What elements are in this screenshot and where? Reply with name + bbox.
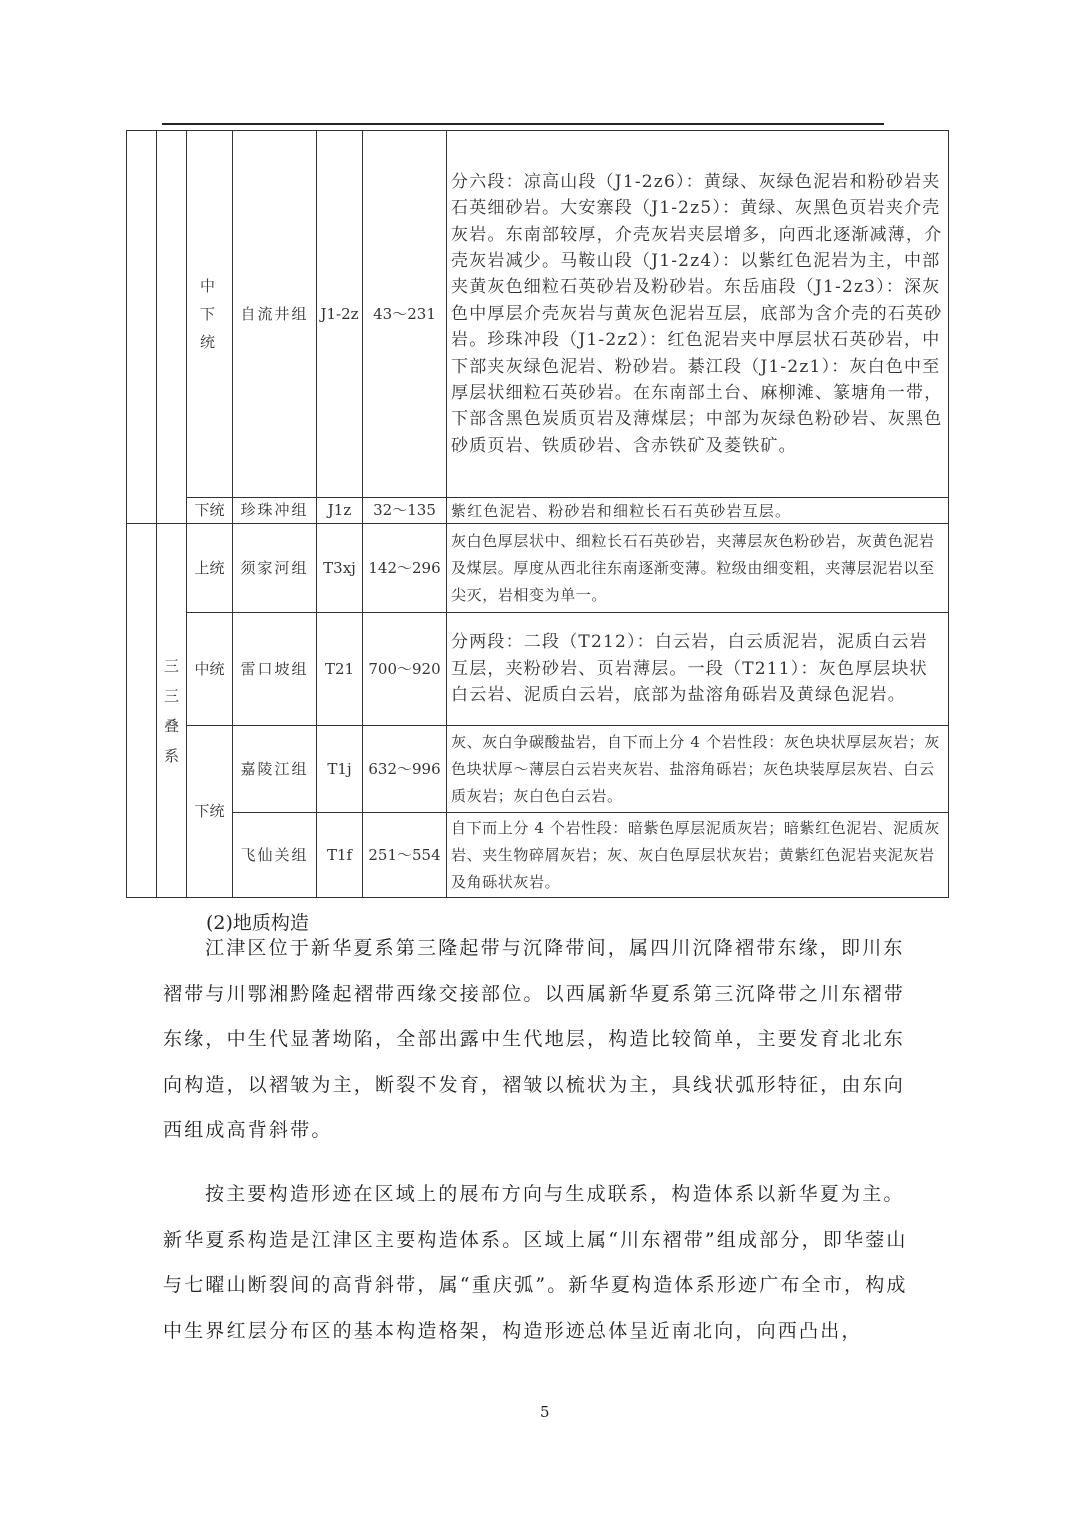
table-row: 下统 嘉陵江组 T1j 632～996 灰、灰白争碳酸盐岩，自下而上分 4 个岩… [127, 726, 949, 813]
series-cell: 中统 [187, 613, 233, 726]
system-cell-triassic: 三三叠系 [157, 524, 187, 898]
stratigraphy-table: 中下统 自流井组 J1-2z 43～231 分六段：凉高山段（J1-2z6）：黄… [126, 130, 949, 898]
thickness-cell: 700～920 [363, 613, 447, 726]
table-row: 下统 珍珠冲组 J1z 32～135 紫红色泥岩、粉砂岩和细粒长石石英砂岩互层。 [127, 498, 949, 524]
description-cell: 分两段：二段（T212）：白云岩，白云质泥岩，泥质白云岩互层，夹粉砂岩、页岩薄层… [447, 613, 949, 726]
table-row: 三三叠系 上统 须家河组 T3xj 142～296 灰白色厚层状中、细粒长石石英… [127, 524, 949, 613]
era-cell [127, 131, 157, 524]
series-cell: 中下统 [187, 131, 233, 498]
formation-cell: 飞仙关组 [233, 813, 317, 898]
thickness-cell: 43～231 [363, 131, 447, 498]
era-cell [127, 524, 157, 898]
description-cell: 灰白色厚层状中、细粒长石石英砂岩，夹薄层灰色粉砂岩，灰黄色泥岩及煤层。厚度从西北… [447, 524, 949, 613]
series-cell: 下统 [187, 498, 233, 524]
series-cell: 下统 [187, 726, 233, 898]
formation-cell: 珍珠冲组 [233, 498, 317, 524]
header-rule [162, 123, 884, 125]
table-row: 中统 雷口坡组 T21 700～920 分两段：二段（T212）：白云岩，白云质… [127, 613, 949, 726]
code-cell: T1f [317, 813, 363, 898]
table-row: 飞仙关组 T1f 251～554 自下而上分 4 个岩性段：暗紫色厚层泥质灰岩；… [127, 813, 949, 898]
thickness-cell: 32～135 [363, 498, 447, 524]
table-row: 中下统 自流井组 J1-2z 43～231 分六段：凉高山段（J1-2z6）：黄… [127, 131, 949, 498]
system-cell-jurassic [157, 131, 187, 524]
paragraph-1: 江津区位于新华夏系第三隆起带与沉降带间，属四川沉降褶带东缘，即川东褶带与川鄂湘黔… [163, 926, 911, 1154]
formation-cell: 须家河组 [233, 524, 317, 613]
code-cell: J1-2z [317, 131, 363, 498]
thickness-cell: 632～996 [363, 726, 447, 813]
formation-cell: 自流井组 [233, 131, 317, 498]
code-cell: T21 [317, 613, 363, 726]
page-number: 5 [540, 1403, 550, 1421]
code-cell: J1z [317, 498, 363, 524]
description-cell: 分六段：凉高山段（J1-2z6）：黄绿、灰绿色泥岩和粉砂岩夹石英细砂岩。大安寨段… [447, 131, 949, 498]
code-cell: T3xj [317, 524, 363, 613]
thickness-cell: 142～296 [363, 524, 447, 613]
code-cell: T1j [317, 726, 363, 813]
description-cell: 灰、灰白争碳酸盐岩，自下而上分 4 个岩性段：灰色块状厚层灰岩；灰色块状厚～薄层… [447, 726, 949, 813]
formation-cell: 雷口坡组 [233, 613, 317, 726]
paragraph-2: 按主要构造形迹在区域上的展布方向与生成联系，构造体系以新华夏为主。新华夏系构造是… [163, 1172, 911, 1354]
description-cell: 自下而上分 4 个岩性段：暗紫色厚层泥质灰岩；暗紫红色泥岩、泥质灰岩、夹生物碎屑… [447, 813, 949, 898]
formation-cell: 嘉陵江组 [233, 726, 317, 813]
series-cell: 上统 [187, 524, 233, 613]
description-cell: 紫红色泥岩、粉砂岩和细粒长石石英砂岩互层。 [447, 498, 949, 524]
thickness-cell: 251～554 [363, 813, 447, 898]
